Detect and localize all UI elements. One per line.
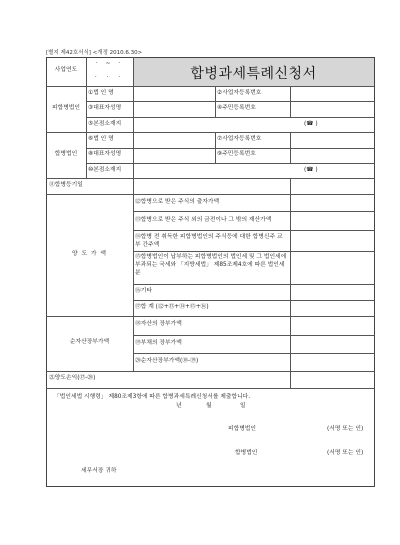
transfer-value-total-field[interactable] — [291, 301, 373, 315]
merged-corp-name-label: ①법 인 명 — [88, 91, 114, 97]
transfer-value-12-field[interactable] — [291, 195, 373, 210]
date-day: 일 — [240, 404, 246, 410]
merging-corp-label: 합병법인 — [46, 152, 86, 158]
merged-corp-rrn-label: ④주민등록번호 — [217, 106, 256, 112]
merged-corp-label: 피합병법인 — [46, 106, 86, 112]
merging-corp-name-label: ⑥법 인 명 — [88, 137, 114, 143]
transfer-item-17: ⑰합 계 (⑫+⑬+⑭+⑮+⑯) — [135, 305, 209, 311]
merging-corp-rep-field[interactable] — [134, 149, 214, 163]
signer-merged-corp-label: 피합병법인 — [228, 427, 256, 433]
signer-merging-corp-sign[interactable]: (서명 또는 인) — [327, 451, 363, 457]
transfer-item-13: ⑬합병으로 받은 주식 외의 금전이나 그 밖의 재산가액 — [135, 218, 271, 224]
net-asset-book-value-field[interactable] — [291, 354, 373, 370]
merged-corp-rep-field[interactable] — [134, 102, 214, 116]
merging-corp-rrn-label: ⑨주민등록번호 — [217, 152, 256, 158]
transfer-value-16-field[interactable] — [291, 285, 373, 299]
merging-corp-phone: (☎ ) — [304, 168, 318, 174]
asset-book-value-field[interactable] — [291, 317, 373, 334]
merged-corp-name-field[interactable] — [134, 87, 214, 101]
merged-corp-address-label: ⑤본점소재지 — [88, 122, 121, 128]
merging-corp-bizno-label: ⑦사업자등록번호 — [217, 137, 261, 143]
net-assets-label: 순자산장부가액 — [46, 340, 133, 346]
declaration-text: 「법인세법 시행령」 제80조제3항에 따른 합병과세특례신청서를 제출합니다. — [54, 395, 250, 401]
transfer-item-14: ⑭합병 전 취득한 피합병법인의 주식등에 대한 합병신주 교부 간주액 — [135, 234, 287, 250]
merging-corp-bizno-field[interactable] — [291, 133, 373, 147]
business-year-from[interactable]: · ~ · — [86, 62, 133, 68]
merging-corp-name-field[interactable] — [134, 133, 214, 147]
net-assets-item-20: ⑳순자산장부가액(⑱-⑲) — [135, 359, 198, 365]
addressee: 세무서장 귀하 — [81, 469, 116, 475]
transfer-value-13-field[interactable] — [291, 212, 373, 229]
liability-book-value-field[interactable] — [291, 336, 373, 352]
transfer-item-15: ⑮합병법인이 납부하는 피합병법인의 법인세 및 그 법인세에 부과되는 국세와… — [135, 254, 287, 277]
merging-corp-address-label: ⑩본점소재지 — [88, 168, 121, 174]
business-year-label: 사업연도 — [46, 68, 86, 74]
merger-date-label: ⑪합병등기일 — [49, 183, 83, 189]
merging-corp-rep-label: ⑧대표자성명 — [88, 152, 121, 158]
transfer-value-15-field[interactable] — [291, 252, 373, 283]
transfer-value-14-field[interactable] — [291, 231, 373, 250]
transfer-item-12: ⑫합병으로 받은 주식의 출자가액 — [135, 200, 219, 206]
merging-corp-rrn-field[interactable] — [291, 149, 373, 163]
transfer-value-label: 양 도 가 액 — [46, 252, 133, 258]
business-year-to[interactable]: · · · — [86, 76, 133, 82]
merger-date-field[interactable] — [134, 179, 289, 193]
transfer-gain-label: ㉑양도손익(⑰-⑳) — [49, 376, 95, 382]
signer-merging-corp-label: 합병법인 — [235, 451, 257, 457]
net-assets-item-18: ⑱자산의 장부가액 — [135, 322, 182, 328]
merged-corp-address-field[interactable] — [134, 118, 374, 132]
merging-corp-address-field[interactable] — [134, 164, 374, 178]
signer-merged-corp-sign[interactable]: (서명 또는 인) — [327, 427, 363, 433]
merged-corp-bizno-field[interactable] — [291, 87, 373, 101]
merged-corp-rep-label: ③대표자성명 — [88, 106, 121, 112]
transfer-gain-field[interactable] — [291, 372, 373, 387]
date-month: 월 — [206, 404, 212, 410]
merged-corp-bizno-label: ②사업자등록번호 — [217, 91, 261, 97]
transfer-item-16: ⑯기타 — [135, 289, 152, 295]
merged-corp-phone: (☎ ) — [304, 122, 318, 128]
date-year: 년 — [176, 404, 182, 410]
form-header: [별지 제42호서식] <개정 2010.6.30> — [46, 48, 142, 56]
net-assets-item-19: ⑲부채의 장부가액 — [135, 341, 182, 347]
merged-corp-rrn-field[interactable] — [291, 102, 373, 116]
